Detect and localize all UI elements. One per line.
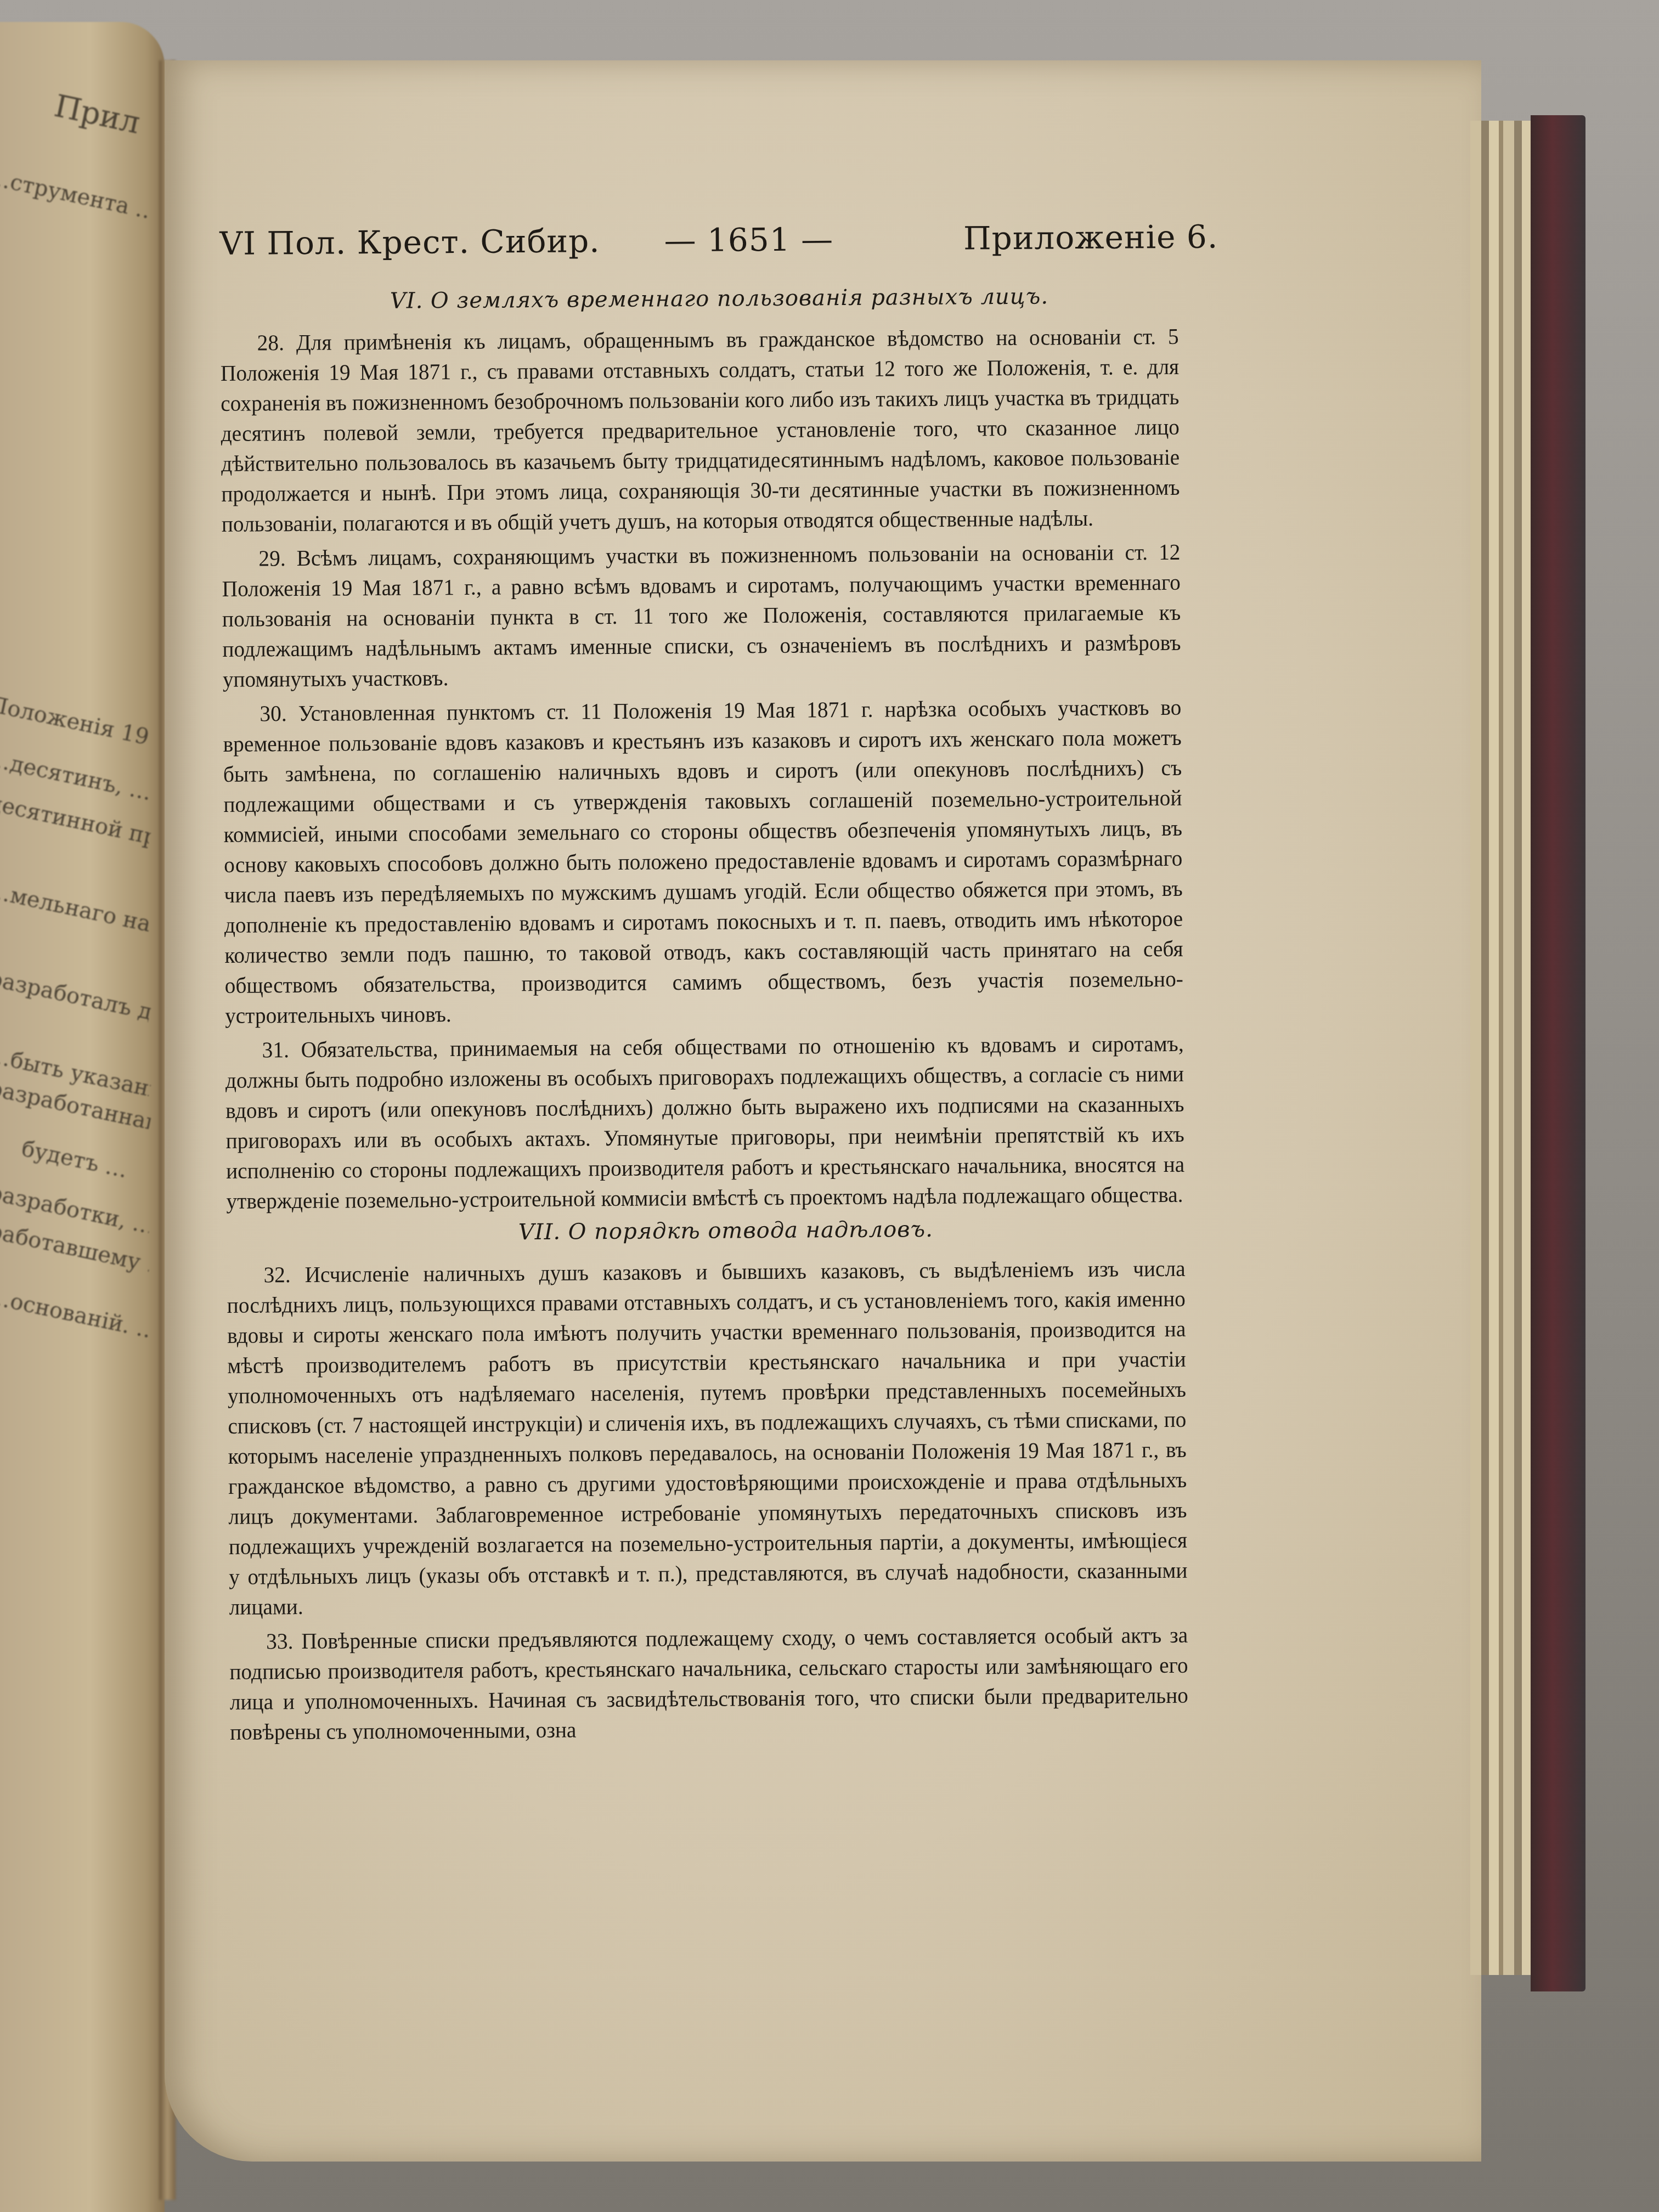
left-page-text-fragment: …струмента … (0, 165, 153, 224)
paragraph-29: 29. Всѣмъ лицамъ, сохраняющимъ участки в… (222, 537, 1181, 695)
paragraph-30: 30. Установленная пунктомъ ст. 11 Положе… (223, 692, 1183, 1031)
running-head-left: VI Пол. Крест. Сибир. (219, 222, 600, 262)
page-stack-edges (1470, 121, 1531, 1975)
section-vi: VI. О земляхъ временнаго пользованія раз… (220, 283, 1225, 1216)
paragraph-33: 33. Повѣренные списки предъявляются подл… (229, 1620, 1189, 1747)
paragraph-28: 28. Для примѣненія къ лицамъ, обращенным… (220, 321, 1180, 539)
section-vii: VII. О порядкѣ отвода надѣловъ. 32. Исчи… (227, 1215, 1229, 1747)
paragraph-32: 32. Исчисленіе наличныхъ душъ казаковъ и… (227, 1254, 1188, 1622)
left-page-heading-fragment: Прил (51, 88, 165, 157)
section-heading: VI. О земляхъ временнаго пользованія раз… (220, 283, 1218, 315)
left-page-text-fragment: будетъ … (19, 1136, 165, 1195)
page-text-block: VI Пол. Крест. Сибир. — 1651 — Приложені… (219, 218, 1228, 1752)
book-cover-edge (1531, 115, 1585, 1991)
left-page-text-fragment: Положенія 19 Мая 1871 г. (0, 692, 153, 751)
left-page-text-fragment: …мельнаго надѣла (0, 878, 153, 937)
left-page-text-fragment: разработалъ до … (0, 966, 153, 1025)
paragraph-31: 31. Обязательства, принимаемыя на себя о… (225, 1029, 1184, 1216)
running-head: VI Пол. Крест. Сибир. — 1651 — Приложені… (219, 218, 1218, 262)
section-heading: VII. О порядкѣ отвода надѣловъ. (227, 1215, 1225, 1247)
running-head-right: Приложеніе 6. (963, 218, 1218, 257)
left-page: Прил …струмента … Положенія 19 Мая 1871 … (0, 22, 165, 2212)
page-number: — 1651 — (664, 221, 833, 259)
left-page-text-fragment: …основаній. … (0, 1284, 153, 1343)
